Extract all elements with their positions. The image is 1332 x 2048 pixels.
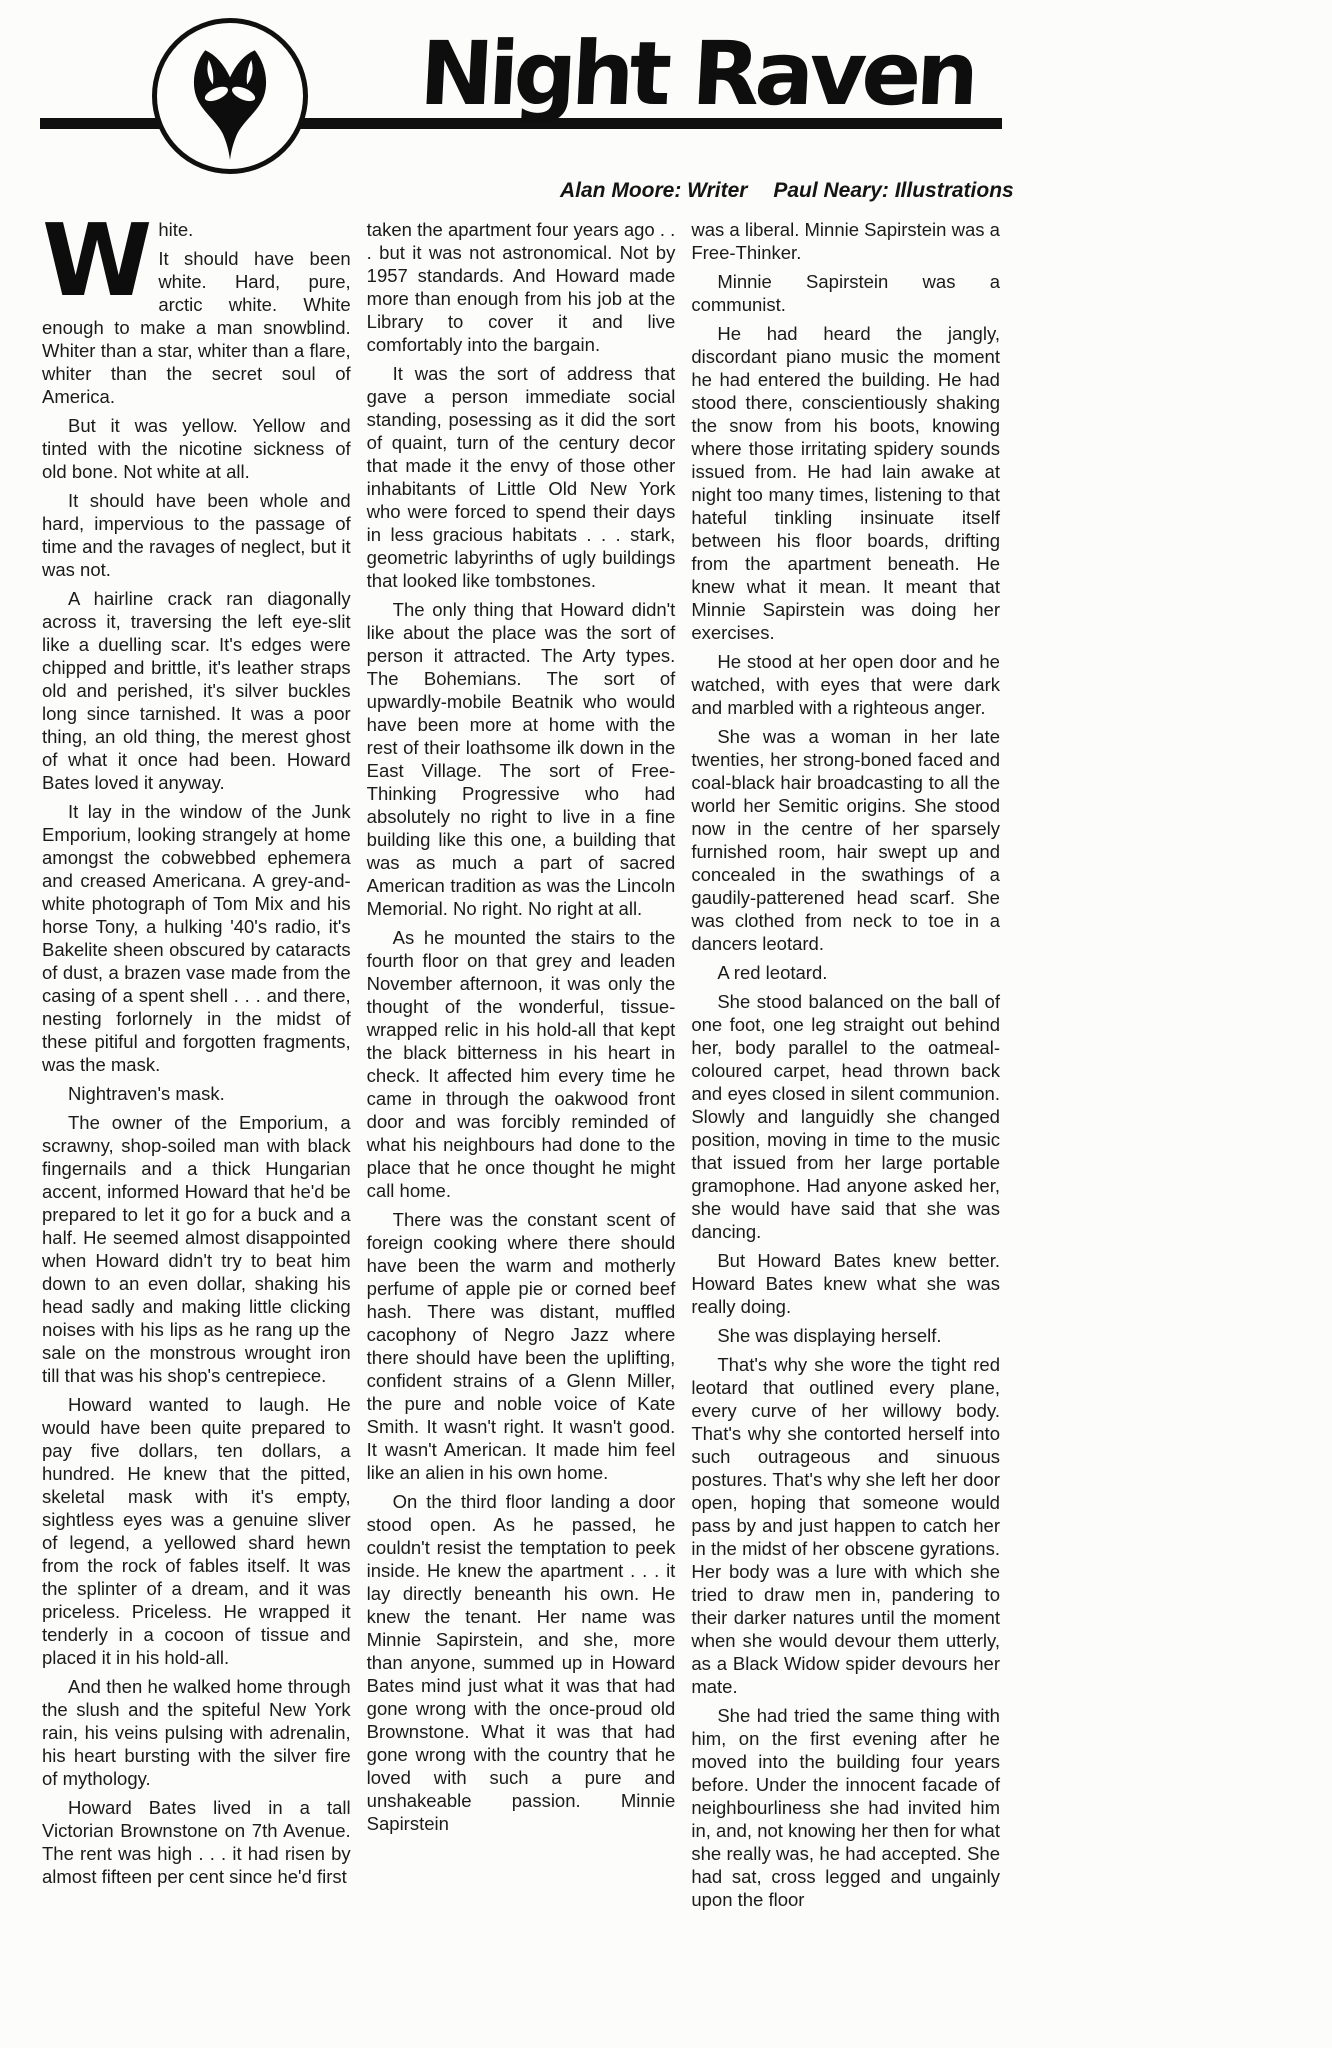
article-paragraph: She had tried the same thing with him, o… (691, 1704, 1000, 1911)
article-paragraph: Howard Bates lived in a tall Victorian B… (42, 1796, 351, 1888)
magazine-page: Night Raven Alan Moore: Writer Paul Near… (0, 0, 1332, 2048)
article-paragraph: A hairline crack ran diagonally across i… (42, 587, 351, 794)
text-column-1: White.It should have been white. Hard, p… (42, 218, 351, 1917)
article-paragraph: She stood balanced on the ball of one fo… (691, 990, 1000, 1243)
lead-paragraph: White. (42, 218, 351, 241)
article-paragraph: He stood at her open door and he watched… (691, 650, 1000, 719)
illustrator-credit: Paul Neary: Illustrations (773, 179, 1013, 202)
article-paragraph: It should have been whole and hard, impe… (42, 489, 351, 581)
credits-line: Alan Moore: Writer Paul Neary: Illustrat… (560, 179, 992, 203)
article-paragraph: Minnie Sapirstein was a communist. (691, 270, 1000, 316)
article-paragraph: The owner of the Emporium, a scrawny, sh… (42, 1111, 351, 1387)
article-paragraph: It was the sort of address that gave a p… (367, 362, 676, 592)
article-paragraph: was a liberal. Minnie Sapirstein was a F… (691, 218, 1000, 264)
page-title: Night Raven (418, 30, 977, 118)
writer-credit: Alan Moore: Writer (560, 179, 747, 202)
article-paragraph: That's why she wore the tight red leotar… (691, 1353, 1000, 1698)
article-paragraph: But Howard Bates knew better. Howard Bat… (691, 1249, 1000, 1318)
article-body: White.It should have been white. Hard, p… (42, 218, 1000, 1917)
article-paragraph: She was displaying herself. (691, 1324, 1000, 1347)
text-column-2: taken the apartment four years ago . . .… (367, 218, 676, 1917)
article-paragraph: But it was yellow. Yellow and tinted wit… (42, 414, 351, 483)
article-paragraph: Nightraven's mask. (42, 1082, 351, 1105)
article-paragraph: On the third floor landing a door stood … (367, 1490, 676, 1835)
article-paragraph: She was a woman in her late twenties, he… (691, 725, 1000, 955)
article-paragraph: The only thing that Howard didn't like a… (367, 598, 676, 920)
text-column-3: was a liberal. Minnie Sapirstein was a F… (691, 218, 1000, 1917)
article-paragraph: He had heard the jangly, discordant pian… (691, 322, 1000, 644)
night-raven-logo (152, 18, 308, 174)
article-paragraph: taken the apartment four years ago . . .… (367, 218, 676, 356)
article-paragraph: And then he walked home through the slus… (42, 1675, 351, 1790)
night-raven-mask-icon (171, 36, 289, 166)
article-paragraph: Howard wanted to laugh. He would have be… (42, 1393, 351, 1669)
dropcap-letter: W (42, 223, 149, 299)
article-paragraph: It lay in the window of the Junk Emporiu… (42, 800, 351, 1076)
article-paragraph: As he mounted the stairs to the fourth f… (367, 926, 676, 1202)
article-paragraph: There was the constant scent of foreign … (367, 1208, 676, 1484)
article-paragraph: A red leotard. (691, 961, 1000, 984)
